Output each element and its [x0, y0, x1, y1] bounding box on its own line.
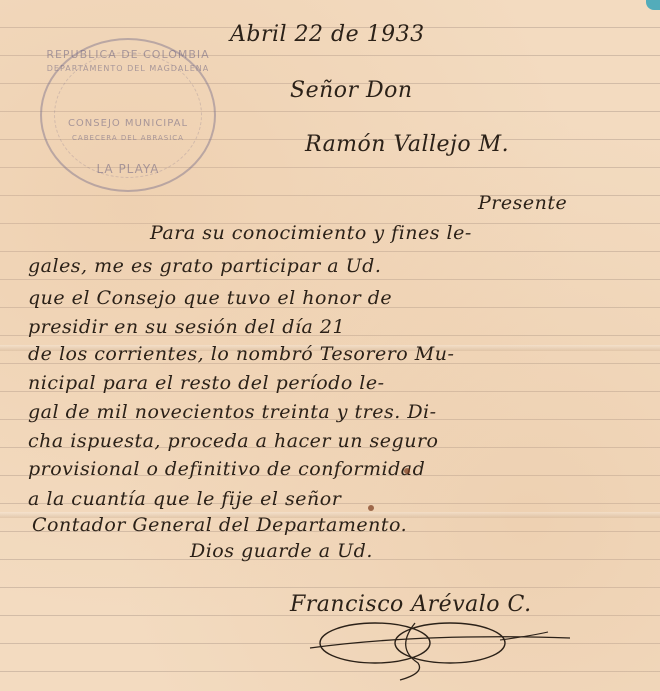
body-line: provisional o definitivo de conformidad	[28, 458, 425, 480]
ink-mark	[646, 0, 660, 10]
body-line: presidir en su sesión del día 21	[28, 316, 345, 338]
body-line: gales, me es grato participar a Ud.	[28, 255, 381, 277]
letter-date: Abril 22 de 1933	[230, 22, 425, 47]
body-line: Contador General del Departamento.	[32, 514, 407, 536]
body-line: nicipal para el resto del período le-	[28, 372, 385, 394]
salutation: Señor Don	[290, 78, 413, 103]
recipient-name: Ramón Vallejo M.	[305, 132, 509, 157]
heading-presente: Presente	[478, 192, 567, 214]
stamp-middle-text: CONSEJO MUNICIPAL	[42, 118, 214, 129]
body-line: de los corrientes, lo nombró Tesorero Mu…	[28, 343, 454, 365]
body-line: cha ispuesta, proceda a hacer un seguro	[28, 430, 438, 452]
signature-flourish-icon	[300, 618, 600, 688]
body-line: que el Consejo que tuvo el honor de	[28, 287, 392, 309]
official-stamp: REPUBLICA DE COLOMBIA DEPARTAMENTO DEL M…	[40, 38, 216, 192]
body-line: gal de mil novecientos treinta y tres. D…	[28, 401, 437, 423]
ink-stain	[368, 505, 374, 511]
closing: Dios guarde a Ud.	[190, 540, 373, 562]
stamp-sub-text: DEPARTAMENTO DEL MAGDALENA	[42, 64, 214, 73]
stamp-small-text: CABECERA DEL ABRASICA	[42, 134, 214, 142]
ink-stain	[404, 468, 410, 474]
stamp-bottom-text: LA PLAYA	[42, 162, 214, 176]
letter-page: REPUBLICA DE COLOMBIA DEPARTAMENTO DEL M…	[0, 0, 660, 691]
stamp-top-text: REPUBLICA DE COLOMBIA	[42, 48, 214, 61]
signature-name: Francisco Arévalo C.	[290, 592, 532, 617]
body-line: Para su conocimiento y fines le-	[150, 222, 472, 244]
body-line: a la cuantía que le fije el señor	[28, 488, 341, 510]
